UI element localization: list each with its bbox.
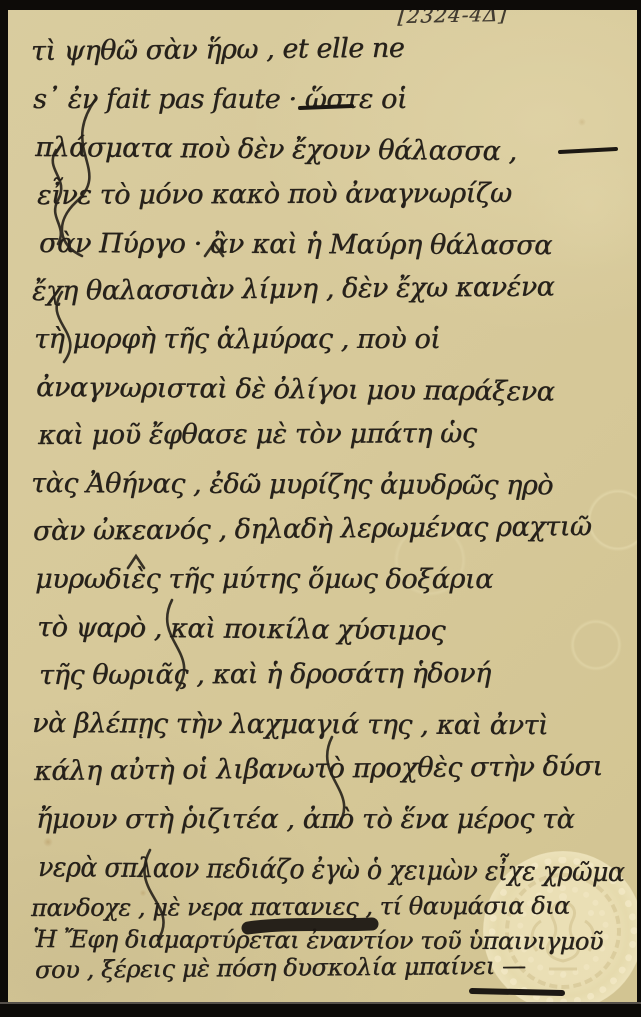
manuscript-line: εἶνε τὸ μόνο κακὸ ποὺ ἀναγνωρίζω <box>37 171 621 222</box>
manuscript-line: σου , ξέρεις μὲ πόση δυσκολία μπαίνει — <box>35 951 621 987</box>
manuscript-line: κάλη αὐτὴ οἱ λιβανωτὸ προχθὲς στὴν δύσι <box>34 745 621 798</box>
manuscript-line: τῆς θωριᾶς , καὶ ἡ δροσάτη ἡδονή <box>39 651 621 702</box>
manuscript-line: τὶ ψηθῶ σὰν ἥρω , et elle ne <box>31 25 618 78</box>
manuscript-line: σὰν ὠκεανός , δηλαδὴ λερωμένας ραχτιῶ <box>33 505 620 558</box>
scan-edge-right <box>637 0 641 1017</box>
scan-edge-left <box>0 0 8 1017</box>
manuscript-line: καὶ μοῦ ἔφθασε μὲ τὸν μπάτη ὡς <box>38 411 621 462</box>
manuscript-page: [2324-4Δ] τὶ ψηθῶ σὰν ἥρω , et elle nes᾽… <box>0 0 641 1017</box>
scan-edge-top <box>0 0 641 10</box>
scan-edge-bottom <box>0 1002 641 1017</box>
manuscript-line: s᾽ ἐν fait pas faute · ὥστε οἱ <box>33 78 620 126</box>
manuscript-text: τὶ ψηθῶ σὰν ἥρω , et elle nes᾽ ἐν fait p… <box>34 30 621 987</box>
manuscript-line: τὴ μορφὴ τῆς ἁλμύρας , ποὺ οἱ <box>34 318 621 366</box>
manuscript-line: νερὰ σπλαον πεδιάζο ἐγὼ ὁ χειμὼν εἶχε χρ… <box>38 846 579 899</box>
manuscript-line: πανδοχε , μὲ νερα πατανιες , τί θαυμάσια… <box>31 891 618 925</box>
manuscript-line: ἤμουν στὴ ῥιζιτέα , ἀπὸ τὸ ἕνα μέρος τὰ <box>36 798 621 846</box>
manuscript-line: μυρωδιὲς τῆς μύτης ὅμως δοξάρια <box>35 558 621 606</box>
manuscript-line: ἔχη θαλασσιὰν λίμνη , δὲν ἔχω κανένα <box>32 265 620 318</box>
